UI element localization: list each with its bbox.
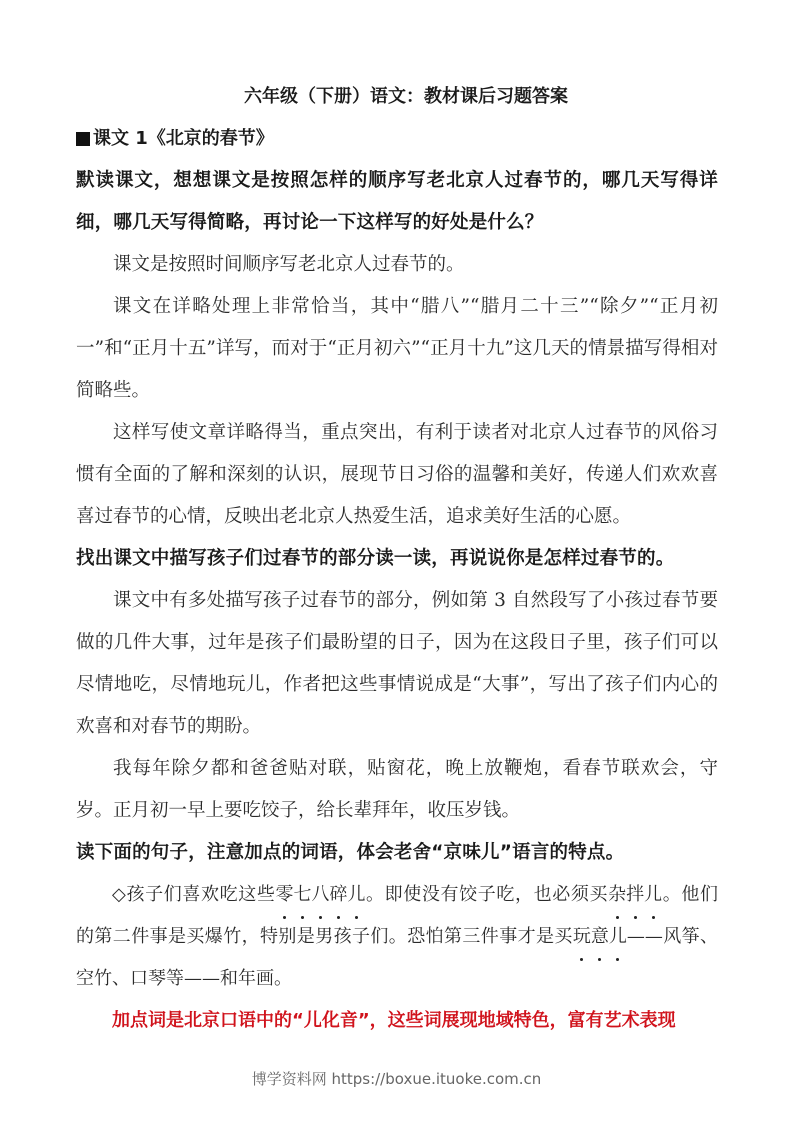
- question-3: 读下面的句子，注意加点的词语，体会老舍“京味儿”语言的特点。: [76, 832, 718, 874]
- footer-watermark: 博学资料网 https://boxue.ituoke.com.cn: [0, 1068, 793, 1089]
- emphasis-dot-char: 玩: [573, 916, 591, 958]
- document-title: 六年级（下册）语文：教材课后习题答案: [76, 80, 718, 114]
- emphasis-dot-char: 儿: [644, 874, 662, 916]
- answer-1-1: 课文是按照时间顺序写老北京人过春节的。: [76, 244, 718, 286]
- emphasis-dot-char: 七: [293, 874, 311, 916]
- answer-3-red: 加点词是北京口语中的“儿化音”，这些词展现地域特色，富有艺术表现: [76, 1000, 718, 1042]
- dotted-word-wanyier: 玩意儿: [573, 926, 627, 947]
- answer-1-2: 课文在详略处理上非常恰当，其中“腊八”“腊月二十三”“除夕”“正月初一”和“正月…: [76, 286, 718, 412]
- square-bullet-icon: [76, 132, 90, 146]
- emphasis-dot-char: 拌: [626, 874, 644, 916]
- quote-text: ◇孩子们喜欢吃这些: [112, 884, 275, 905]
- emphasis-dot-char: 儿: [347, 874, 365, 916]
- emphasis-dot-char: 杂: [608, 874, 626, 916]
- lesson-title: 课文 1《北京的春节》: [93, 122, 274, 156]
- emphasis-dot-char: 八: [311, 874, 329, 916]
- dotted-word-lingqibasuier: 零七八碎儿: [275, 884, 365, 905]
- emphasis-dot-char: 儿: [609, 916, 627, 958]
- question-2: 找出课文中描写孩子们过春节的部分读一读，再说说你是怎样过春节的。: [76, 538, 718, 580]
- emphasis-dot-char: 零: [275, 874, 293, 916]
- dotted-word-zabanr: 杂拌儿: [608, 884, 662, 905]
- quoted-passage: ◇孩子们喜欢吃这些零七八碎儿。即使没有饺子吃，也必须买杂拌儿。他们的第二件事是买…: [76, 874, 718, 1000]
- quote-text: 。即使没有饺子吃，也必须买: [365, 884, 608, 905]
- lesson-heading: 课文 1《北京的春节》: [76, 122, 718, 156]
- answer-2-1: 课文中有多处描写孩子过春节的部分，例如第 3 自然段写了小孩过春节要做的几件大事…: [76, 580, 718, 748]
- emphasis-dot-char: 意: [591, 916, 609, 958]
- answer-2-2: 我每年除夕都和爸爸贴对联，贴窗花，晚上放鞭炮，看春节联欢会，守岁。正月初一早上要…: [76, 748, 718, 832]
- document-page: 六年级（下册）语文：教材课后习题答案 课文 1《北京的春节》 默读课文，想想课文…: [76, 80, 718, 1042]
- answer-1-3: 这样写使文章详略得当，重点突出，有利于读者对北京人过春节的风俗习惯有全面的了解和…: [76, 412, 718, 538]
- emphasis-dot-char: 碎: [329, 874, 347, 916]
- question-1: 默读课文，想想课文是按照怎样的顺序写老北京人过春节的，哪几天写得详细，哪几天写得…: [76, 160, 718, 244]
